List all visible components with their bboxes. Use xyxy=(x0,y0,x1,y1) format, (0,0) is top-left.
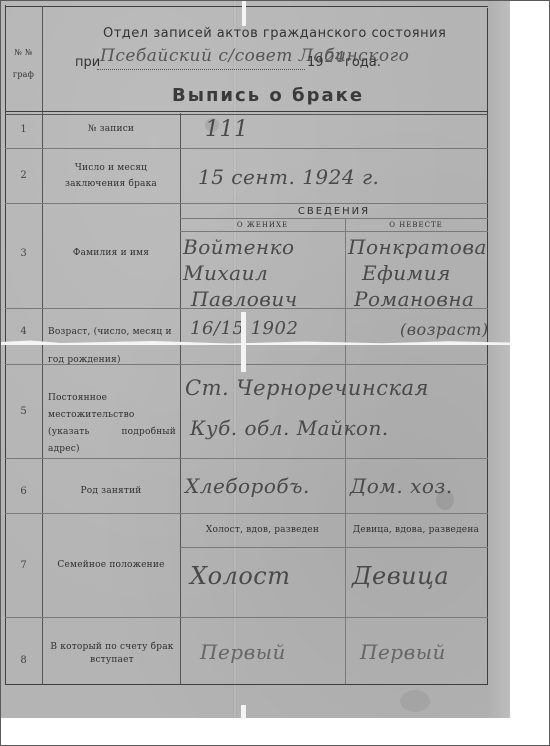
header-line-1 xyxy=(5,111,488,112)
record-number-value: 111 xyxy=(205,117,249,142)
col-divider-label xyxy=(180,113,181,684)
bride-age-value: (возраст) xyxy=(400,320,489,339)
row-line xyxy=(180,218,488,219)
row-label: № записи xyxy=(42,124,180,134)
document-title: Выпись о браке xyxy=(172,85,364,106)
groom-marriage-count-value: Первый xyxy=(200,640,286,664)
row-label: Фамилия и имя xyxy=(42,248,180,258)
bride-subheader: О НЕВЕСТЕ xyxy=(345,221,487,229)
row-number: 5 xyxy=(5,406,42,417)
row-line xyxy=(5,458,488,459)
frame-right xyxy=(487,8,488,685)
paper-edge xyxy=(488,0,510,718)
residence-line2: Куб. обл. Майкоп. xyxy=(190,416,389,440)
row-line xyxy=(5,513,488,514)
row-line xyxy=(5,148,488,149)
col-divider-groom-bride xyxy=(345,218,346,684)
groom-patronymic: Павлович xyxy=(183,286,298,312)
office-title: Отдел записей актов гражданского состоян… xyxy=(103,26,446,41)
stain xyxy=(400,690,430,712)
col-graf-label: граф xyxy=(5,64,42,86)
row-line xyxy=(180,231,488,232)
row-label: Постоянное местожительство (указать подр… xyxy=(48,390,176,458)
row-label: Число и месяц заключения брака xyxy=(48,160,174,192)
row-number: 3 xyxy=(5,248,42,259)
groom-surname: Войтенко xyxy=(183,234,298,260)
bride-surname: Понкратова xyxy=(348,234,487,260)
row-number: 1 xyxy=(5,124,42,135)
paper-tear-vertical xyxy=(242,0,246,26)
year-prefix: 19 xyxy=(307,55,324,70)
row-label: В который по счету брак вступает xyxy=(48,641,176,667)
residence-line1: Ст. Черноречинская xyxy=(185,376,429,400)
frame-left xyxy=(5,5,6,685)
col-number-label: № № xyxy=(5,42,42,64)
pri-dotted-line xyxy=(97,68,305,70)
marriage-date-value: 15 сент. 1924 г. xyxy=(198,165,379,189)
groom-full-name: Войтенко Михаил Павлович xyxy=(183,234,298,312)
header-line-2 xyxy=(5,114,488,115)
paper-tear-vertical xyxy=(241,312,246,372)
col-number-header: № № граф xyxy=(5,42,42,86)
year-value: 24 xyxy=(325,48,345,66)
col-divider-number xyxy=(42,6,43,684)
groom-marital-status-value: Холост xyxy=(190,562,290,590)
paper-tear-vertical xyxy=(241,705,246,719)
row-label: Род занятий xyxy=(42,486,180,496)
row-label: Семейное положение xyxy=(42,560,180,570)
row-line xyxy=(5,617,488,618)
row-number: 2 xyxy=(5,170,42,181)
bride-patronymic: Романовна xyxy=(348,286,487,312)
row-line xyxy=(5,203,488,204)
row-line xyxy=(180,547,488,548)
row-number: 4 xyxy=(5,326,42,337)
frame-bottom xyxy=(5,684,488,685)
groom-first-name: Михаил xyxy=(183,260,298,286)
groom-occupation-value: Хлеборобъ. xyxy=(185,474,310,498)
bride-first-name: Ефимия xyxy=(348,260,487,286)
marriage-certificate-paper: № № граф Отдел записей актов гражданског… xyxy=(0,0,510,718)
groom-status-options: Холост, вдов, разведен xyxy=(180,525,345,535)
year-suffix: года. xyxy=(345,55,381,70)
row-number: 6 xyxy=(5,486,42,497)
row-label: Возраст, (число, месяц и год рождения) xyxy=(48,318,176,374)
row-number: 7 xyxy=(5,560,42,571)
fold-line xyxy=(233,0,237,718)
bride-marriage-count-value: Первый xyxy=(360,640,446,664)
row-number: 8 xyxy=(5,655,42,666)
bride-status-options: Девица, вдова, разведена xyxy=(345,525,487,535)
bride-occupation-value: Дом. хоз. xyxy=(350,474,453,498)
svedeniya-header: СВЕДЕНИЯ xyxy=(180,206,488,217)
bride-full-name: Понкратова Ефимия Романовна xyxy=(348,234,487,312)
groom-subheader: О ЖЕНИХЕ xyxy=(180,221,345,229)
frame-top xyxy=(5,6,488,7)
bride-marital-status-value: Девица xyxy=(352,562,449,590)
